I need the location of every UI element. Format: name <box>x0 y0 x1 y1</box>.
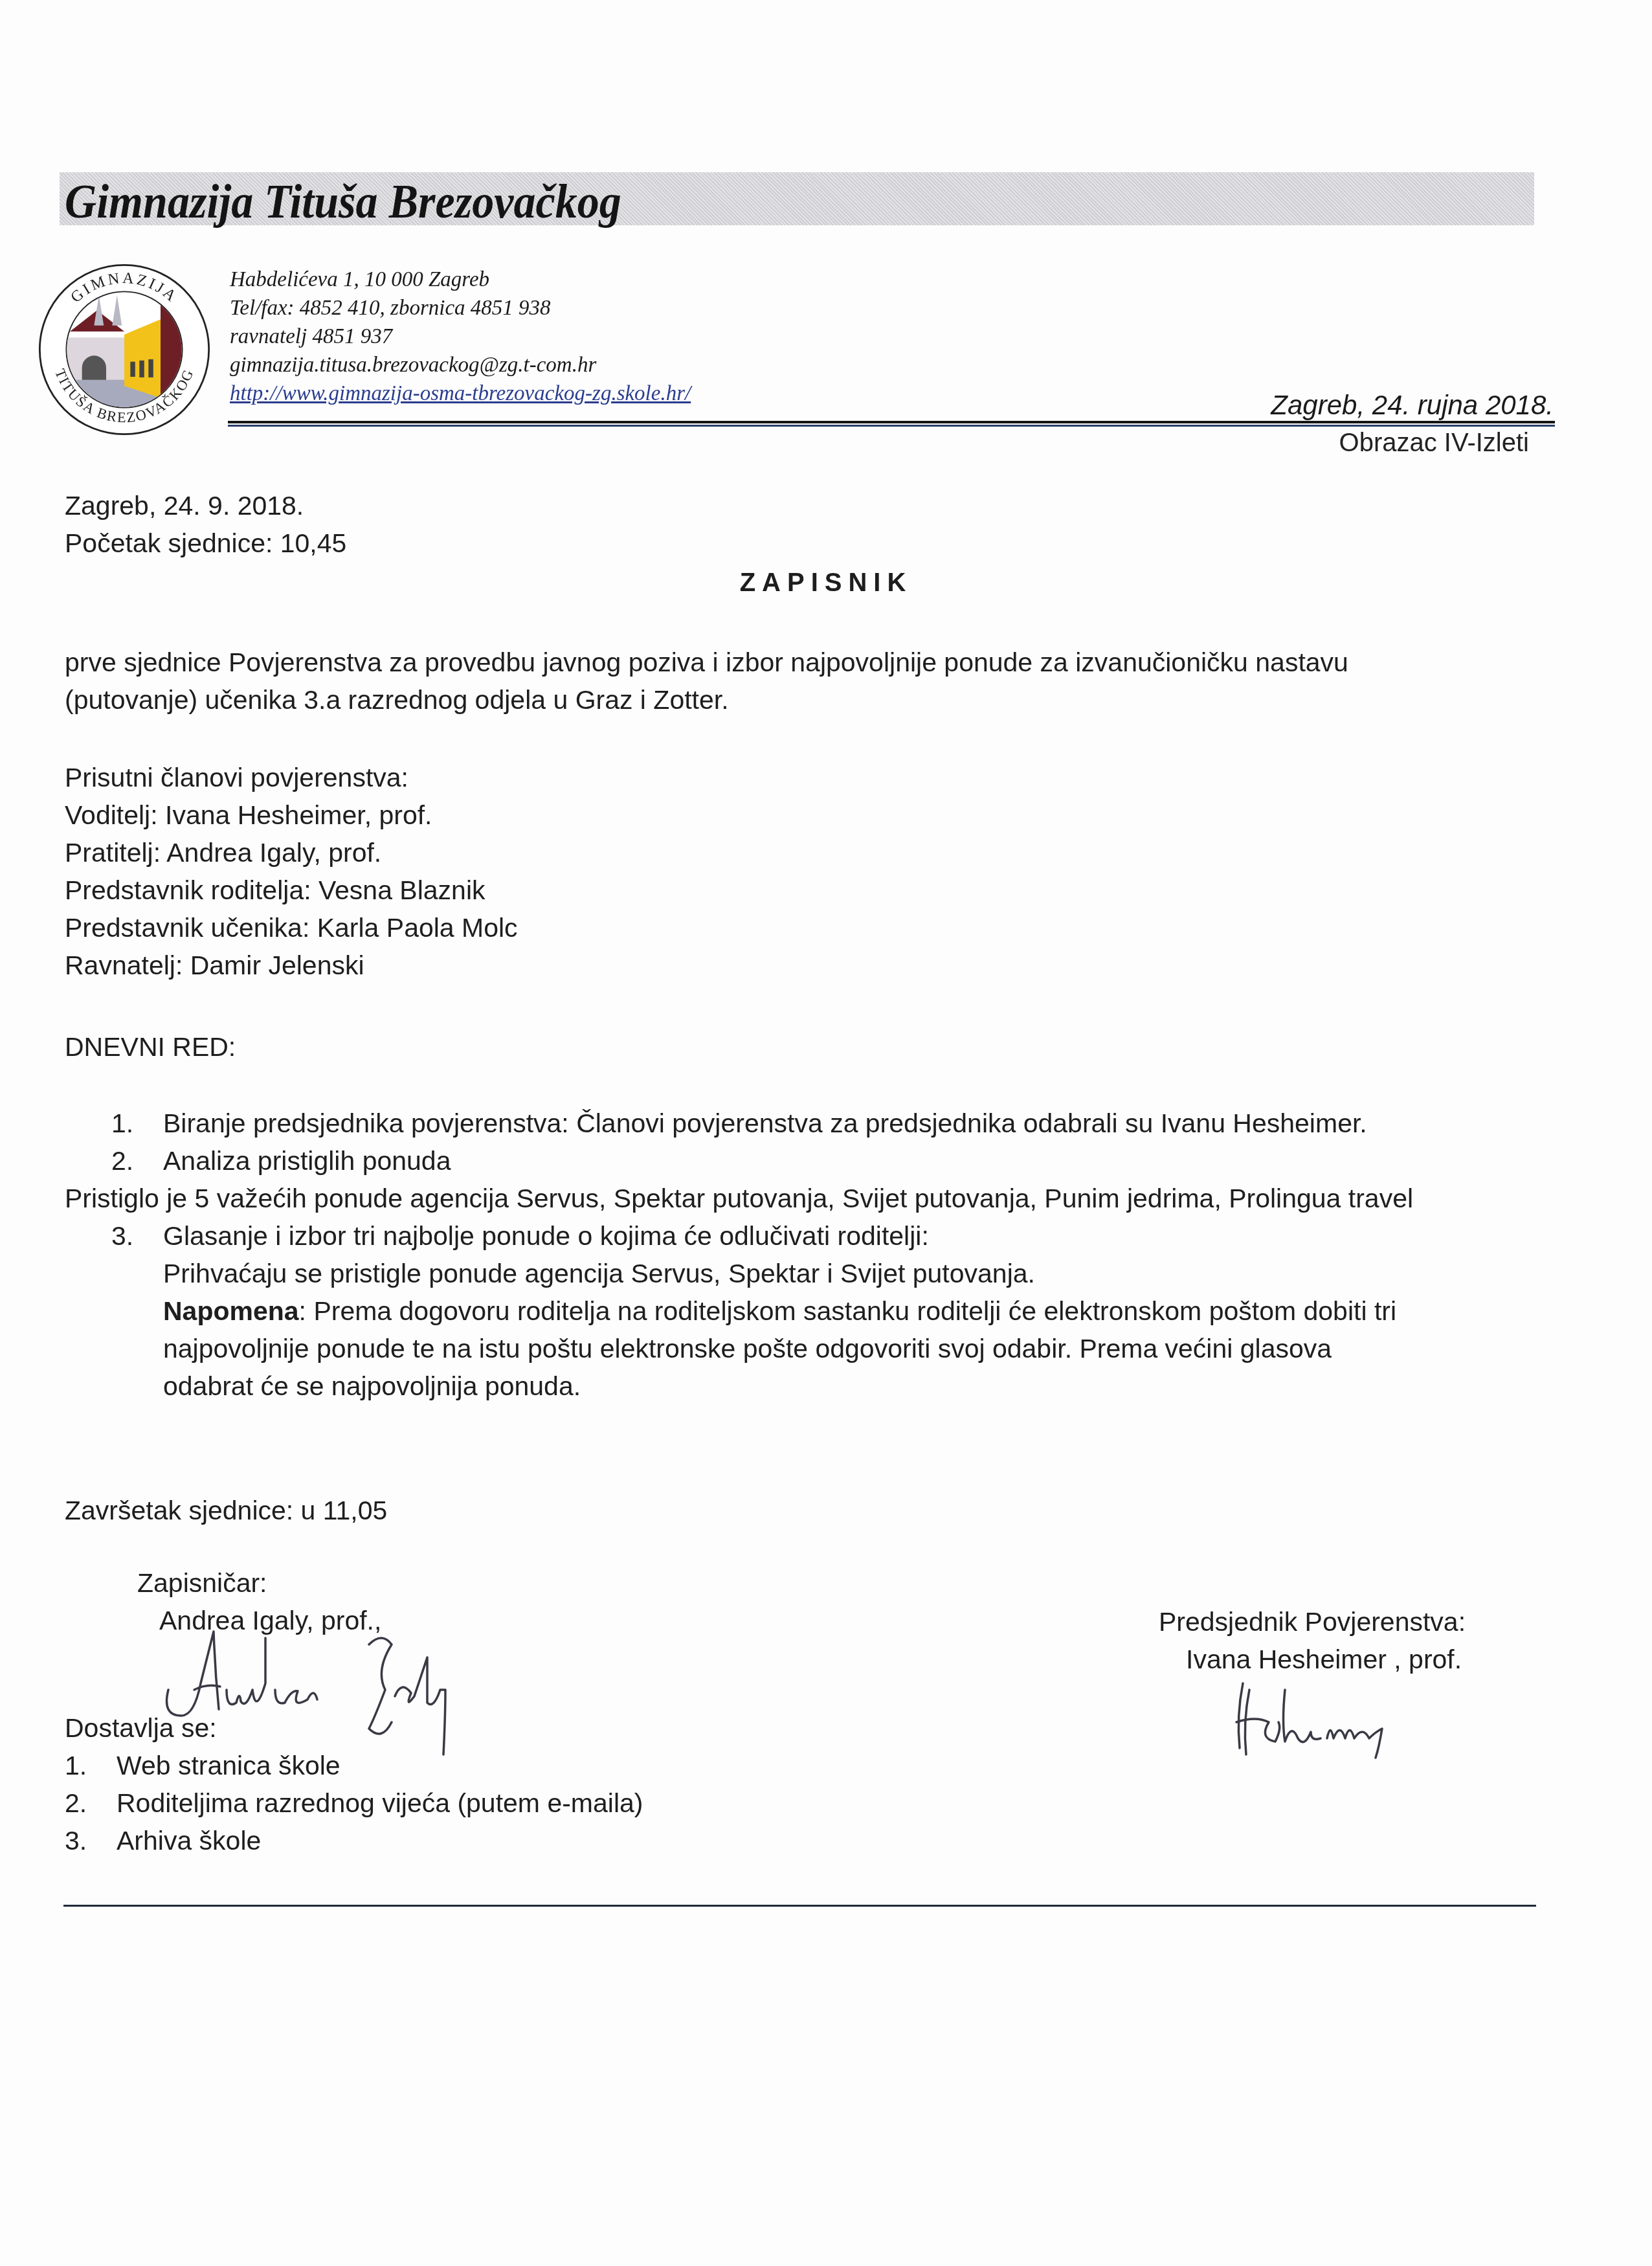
distribution-heading: Dostavlja se: <box>65 1709 643 1747</box>
school-logo-icon: GIMNAZIJA TITUŠA BREZOVAČKOG <box>34 259 215 440</box>
distribution-item: 3.Arhiva škole <box>65 1822 643 1859</box>
form-reference: Obrazac IV-Izleti <box>1339 429 1529 458</box>
footer-divider <box>63 1905 1536 1907</box>
chair-signature-icon <box>1230 1677 1424 1761</box>
header-divider <box>228 421 1555 427</box>
members-section: Prisutni članovi povjerenstva: Voditelj:… <box>65 759 518 984</box>
school-name: Gimnazija Tituša Brezovačkog <box>65 175 621 230</box>
member-item: Ravnatelj: Damir Jelenski <box>65 947 518 984</box>
agenda-heading: DNEVNI RED: <box>65 1028 236 1066</box>
member-item: Predstavnik učenika: Karla Paola Molc <box>65 909 518 947</box>
members-heading: Prisutni članovi povjerenstva: <box>65 759 518 796</box>
member-item: Predstavnik roditelja: Vesna Blaznik <box>65 871 518 909</box>
phone: Tel/fax: 4852 410, zbornica 4851 938 <box>230 294 691 322</box>
distribution-item: 1.Web stranica škole <box>65 1747 643 1784</box>
distribution-section: Dostavlja se: 1.Web stranica škole 2.Rod… <box>65 1709 643 1859</box>
meeting-date: Zagreb, 24. 9. 2018. <box>65 487 346 524</box>
agenda-item-3-accept: Prihvaćaju se pristigle ponude agencija … <box>111 1255 1396 1292</box>
email[interactable]: gimnazija.titusa.brezovackog@zg.t-com.hr <box>230 351 691 379</box>
recorder-label: Zapisničar: <box>137 1564 267 1602</box>
chair-name: Ivana Hesheimer , prof. <box>1186 1641 1462 1678</box>
principal-phone: ravnatelj 4851 937 <box>230 322 691 351</box>
meeting-end: Završetak sjednice: u 11,05 <box>65 1492 387 1529</box>
agenda-note: Napomena: Prema dogovoru roditelja na ro… <box>111 1292 1396 1330</box>
agenda-item-3: 3.Glasanje i izbor tri najbolje ponude o… <box>111 1217 1396 1405</box>
website-link[interactable]: http://www.gimnazija-osma-tbrezovackog-z… <box>230 379 691 408</box>
contact-block: Habdelićeva 1, 10 000 Zagreb Tel/fax: 48… <box>230 265 691 408</box>
chair-label: Predsjednik Povjerenstva: <box>1159 1603 1466 1641</box>
member-item: Voditelj: Ivana Hesheimer, prof. <box>65 796 518 834</box>
agenda-item-1: 1.Biranje predsjednika povjerenstva: Čla… <box>111 1105 1367 1180</box>
address: Habdelićeva 1, 10 000 Zagreb <box>230 265 691 294</box>
intro: prve sjednice Povjerenstva za provedbu j… <box>65 644 1348 719</box>
meeting-meta: Zagreb, 24. 9. 2018. Početak sjednice: 1… <box>65 487 346 562</box>
distribution-item: 2.Roditeljima razrednog vijeća (putem e-… <box>65 1784 643 1822</box>
letterhead-date: Zagreb, 24. rujna 2018. <box>1271 390 1554 421</box>
meeting-start: Početak sjednice: 10,45 <box>65 524 346 562</box>
document-title: ZAPISNIK <box>0 568 1652 598</box>
agenda-item-2-note: Pristiglo je 5 važećih ponude agencija S… <box>65 1180 1413 1217</box>
member-item: Pratitelj: Andrea Igaly, prof. <box>65 834 518 871</box>
